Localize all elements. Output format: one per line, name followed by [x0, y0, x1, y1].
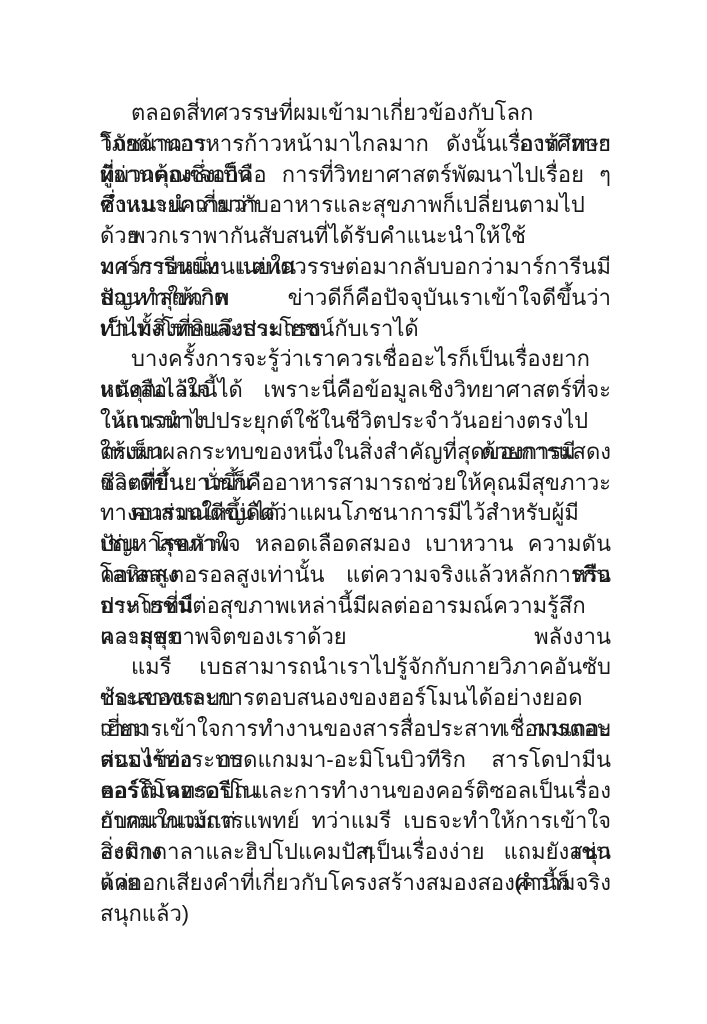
paragraph: บางครั้งการจะรู้ว่าเราควรเชื่ออะไรก็เป็น… [100, 344, 611, 498]
text-line: กับคนในวงการแพทย์ ทว่าแมรี เบธจะทำให้การ… [100, 806, 611, 837]
text-line: ตลอดสี่ทศวรรษที่ผมเข้ามาเกี่ยวข้องกับโลก… [100, 98, 611, 129]
text-line: ให้เห็นผลกระทบของหนึ่งในสิ่งสำคัญที่สุดข… [100, 437, 611, 468]
text-line: เป็นทั้งโทษและประโยชน์กับเราได้ [100, 314, 611, 345]
text-line: แค่ออกเสียงคำที่เกี่ยวกับโครงสร้างสมองสอ… [100, 868, 611, 899]
text-line: หนังสือเล่มนี้ได้ เพราะนี่คือข้อมูลเชิงว… [100, 375, 611, 406]
text-line: ปัญหาสุขภาพ ข่าวดีก็คือปัจจุบันเราเข้าใจ… [100, 283, 611, 314]
text-line: และดีขึ้น นั่นก็คืออาหารสามารถช่วยให้คุณ… [100, 468, 611, 499]
text-line: คอเลสเตอรอลสูงเท่านั้น แต่ความจริงแล้วหล… [100, 560, 611, 591]
paragraph: ตลอดสี่ทศวรรษที่ผมเข้ามาเกี่ยวข้องกับโลก… [100, 98, 611, 221]
text-line: แมรี เบธสามารถนำเราไปรู้จักกับกายวิภาคอั… [100, 652, 611, 683]
text-line: ต่อมไร้ท่อ กรดแกมมา-อะมิโนบิวทีริก สารโด… [100, 745, 611, 776]
paragraph: พวกเราพากันสับสนที่ได้รับคำแนะนำให้ใช้มา… [100, 221, 611, 344]
text-line: ผู้อ่านต้องเจอก็คือ การที่วิทยาศาสตร์พัฒ… [100, 160, 611, 191]
text-line: ประโยชน์ต่อสุขภาพเหล่านี้มีผลต่ออารมณ์คว… [100, 591, 611, 622]
text-block: ตลอดสี่ทศวรรษที่ผมเข้ามาเกี่ยวข้องกับโลก… [100, 98, 611, 899]
text-line: ในการนำไปประยุกต์ใช้ในชีวิตประจำวันอย่าง… [100, 406, 611, 437]
text-line: ประสาทและการตอบสนองของฮอร์โมนได้อย่างยอด… [100, 683, 611, 714]
text-line: ว่าการเข้าใจการทำงานของสารสื่อประสาท การ… [100, 714, 611, 745]
text-line: คนส่วนใหญ่คิดว่าแผนโภชนาการมีไว้สำหรับผู… [100, 498, 611, 529]
text-line: คอร์ติโคทรอปิก และการทำงานของคอร์ติซอลเป… [100, 776, 611, 807]
text-line: วิจัยด้านอาหารก้าวหน้ามาไกลมาก ดังนั้นเร… [100, 129, 611, 160]
text-line: คำแนะนำเกี่ยวกับอาหารและสุขภาพก็เปลี่ยนต… [100, 190, 611, 221]
paragraph: คนส่วนใหญ่คิดว่าแผนโภชนาการมีไว้สำหรับผู… [100, 498, 611, 652]
text-line: อะมิกดาลาและฮิปโปแคมปัสเป็นเรื่องง่าย แถ… [100, 837, 611, 868]
text-line: พวกเราพากันสับสนที่ได้รับคำแนะนำให้ใช้มา… [100, 221, 611, 252]
text-line: เช่น โรคหัวใจ หลอดเลือดสมอง เบาหวาน ความ… [100, 529, 611, 560]
text-line: ทศวรรษหนึ่ง แต่ทศวรรษต่อมากลับบอกว่ามาร์… [100, 252, 611, 283]
text-line: บางครั้งการจะรู้ว่าเราควรเชื่ออะไรก็เป็น… [100, 344, 611, 375]
paragraph: แมรี เบธสามารถนำเราไปรู้จักกับกายวิภาคอั… [100, 652, 611, 898]
book-page: ตลอดสี่ทศวรรษที่ผมเข้ามาเกี่ยวข้องกับโลก… [0, 0, 707, 1024]
